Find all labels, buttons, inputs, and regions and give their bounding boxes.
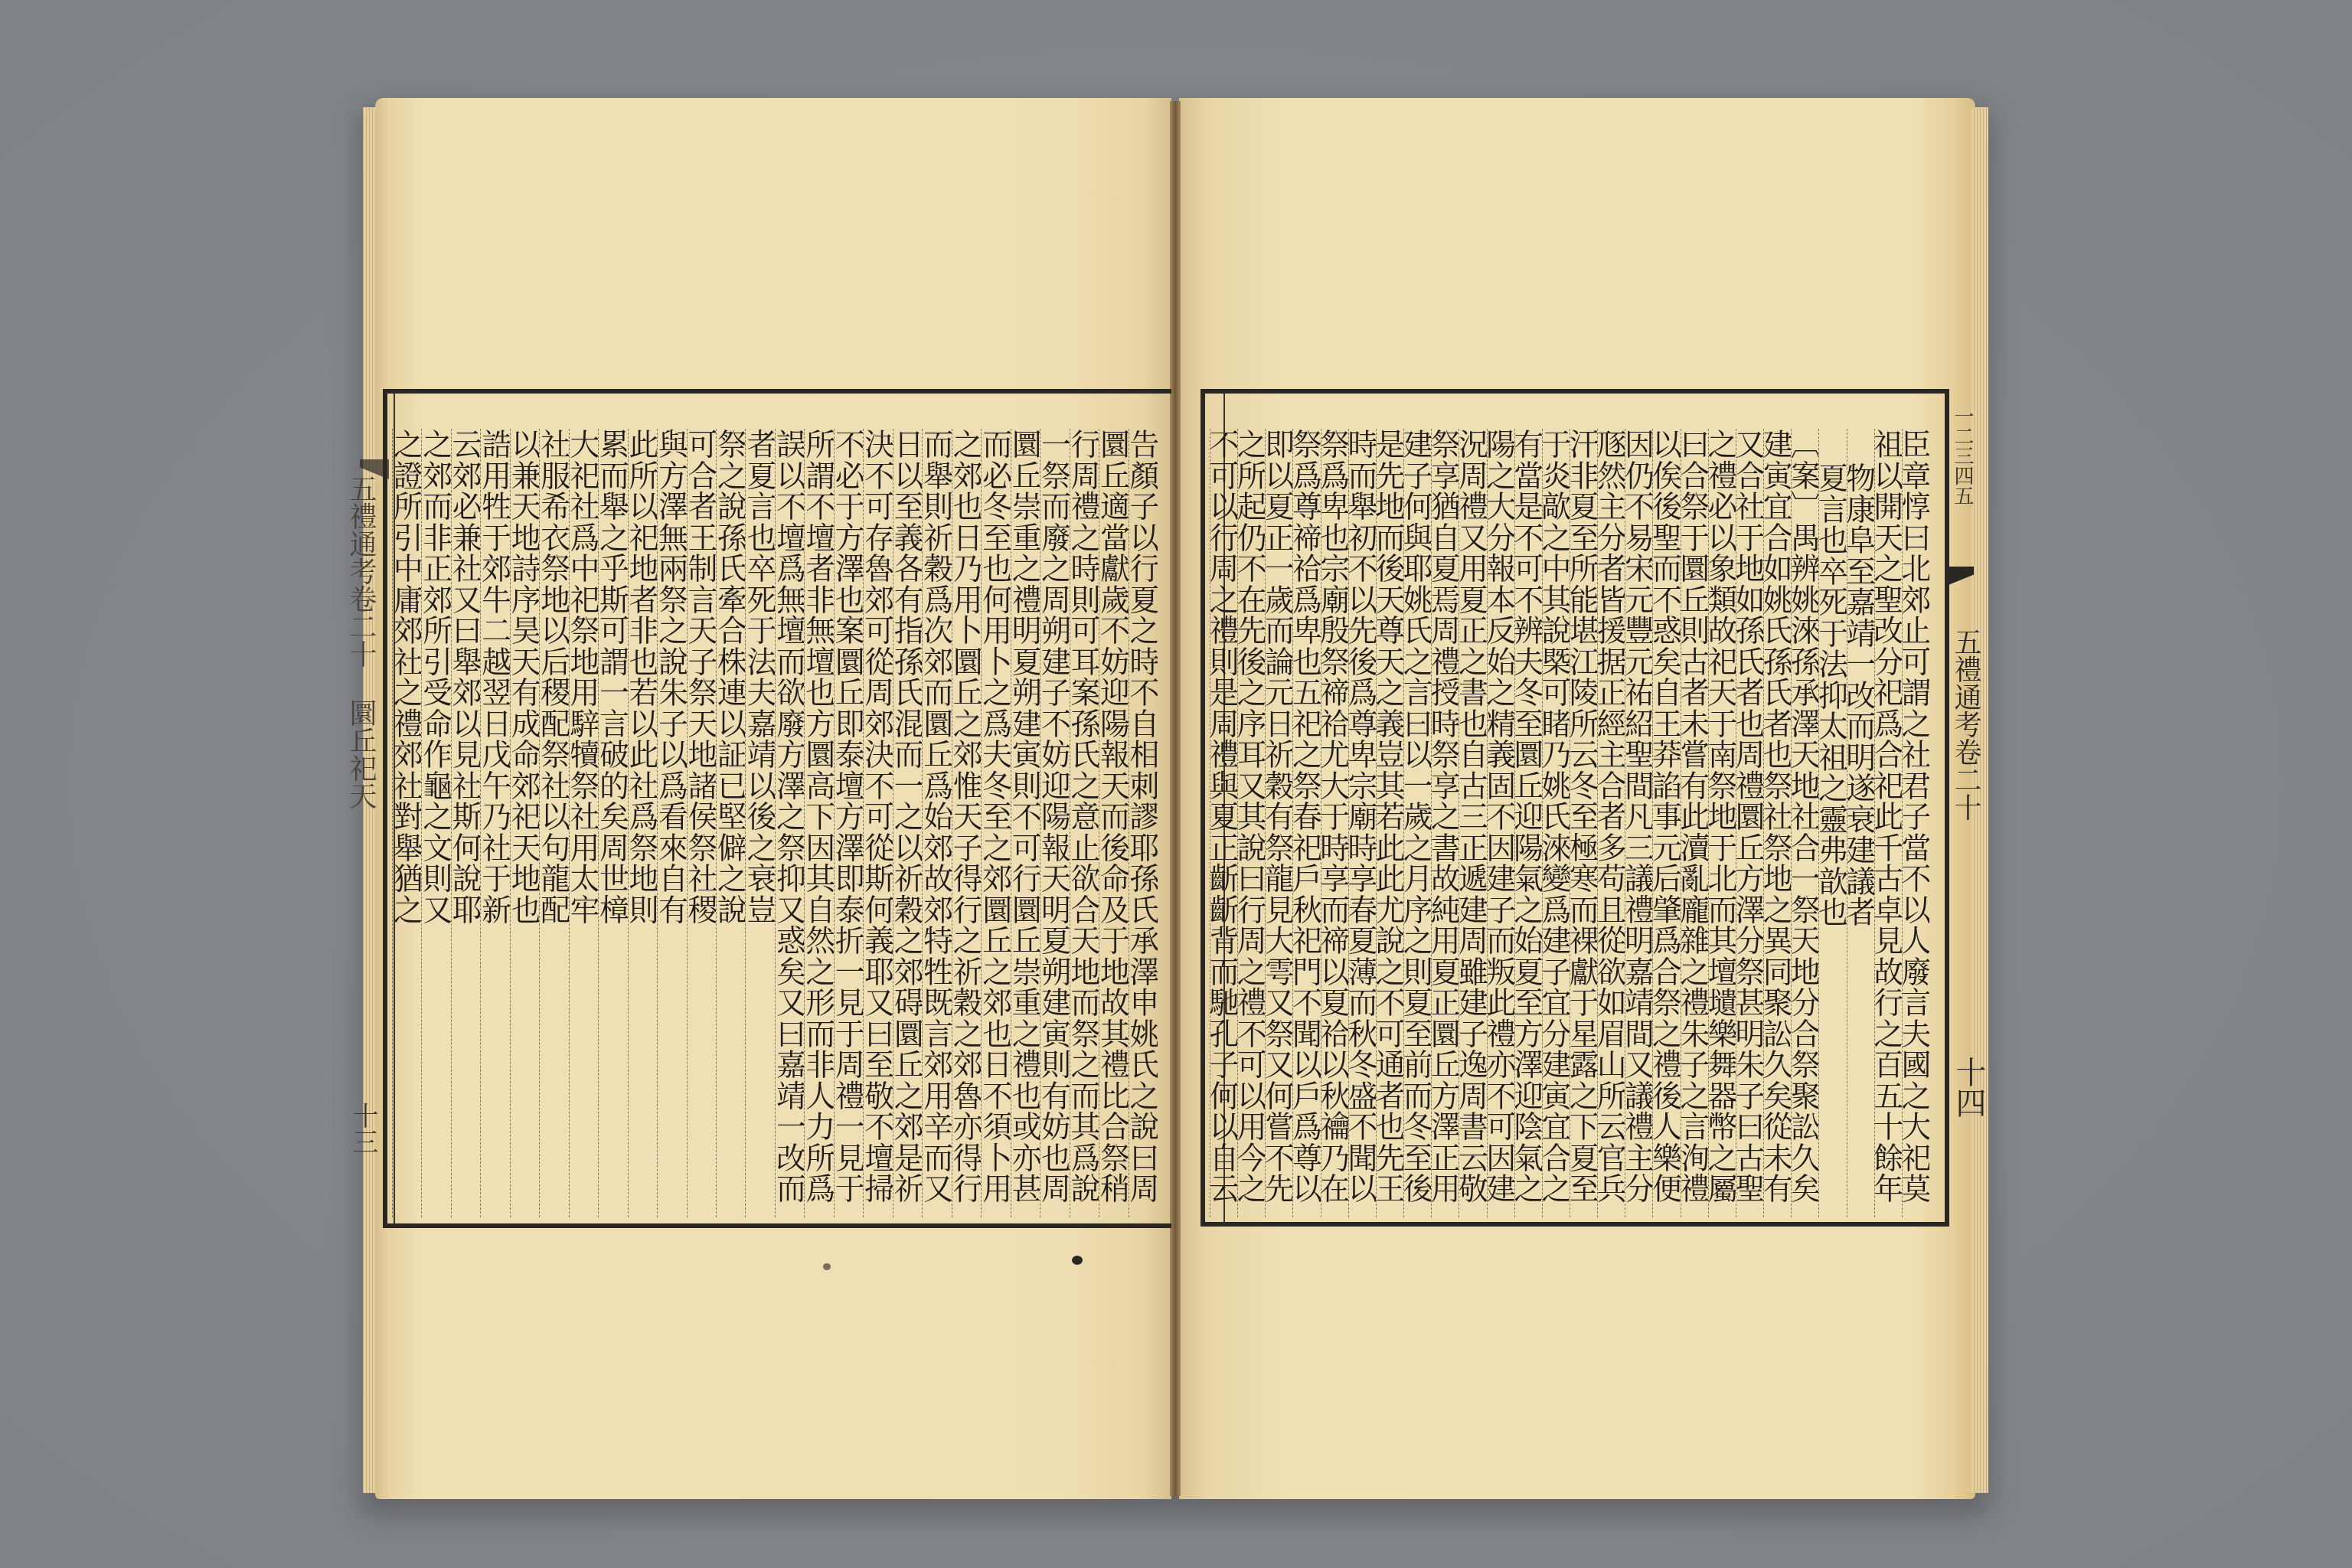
text-column: 建寅宜合如姚氏孫氏者也祭社祭地之異同聚訟久矣從未有既合地于天 bbox=[1763, 429, 1791, 1217]
text-column: 圜丘適當獻歲不妨迎陽報天而後命及于地故其禮比合祭稍加崇重上惟 bbox=[1099, 429, 1128, 1217]
text-column: 圜丘崇重之禮明夏朔建寅則不可行圜丘崇重之禮也或亦甚矣又曰使祭 bbox=[1011, 429, 1040, 1217]
text-column: 時而舉初不以先後爲尊卑宗廟時享春夏薄而秋冬盛不聞以薄祭爲尊盛 bbox=[1348, 429, 1376, 1217]
text-column: 日以至義各有指孫氏混而一之以祈穀之郊碍圜丘之郊是祈祭可存正祭 bbox=[893, 429, 922, 1217]
text-column: 與方澤無兩祭之說朱子以爲看來自有 bbox=[657, 429, 686, 1217]
text-column: 之禮必以象類故祀天于南祭地于北而其壇壝樂舞器幣之屬亦各不同若 bbox=[1708, 429, 1736, 1217]
text-column: 于炎歊之中其說槩可睹乃姚氏淶變爲建子宜分建寅宜合之說後人疑其 bbox=[1542, 429, 1570, 1217]
text-column: 夏言也卒死于法抑太祖之靈弗歆也 bbox=[1818, 429, 1846, 1217]
right-page-number: 十四 bbox=[1954, 1057, 1983, 1118]
text-column: 所謂不壇者非無壇也方圜高下因其自然之形而非人力所爲故曰不壇今 bbox=[804, 429, 833, 1217]
text-column: 不必于方澤也案圜丘即泰壇方澤即泰折一見于周禮一見于祭法則禮器 bbox=[834, 429, 863, 1217]
text-column: 有當是不可不辨夫冬至圜丘迎陽氣之始夏至方澤迎陰氣之先此天地陰 bbox=[1514, 429, 1542, 1217]
text-column: 祭爲尊禘祫爲卑也五祀之祭春祀戶秋祀門不聞以戶爲尊以門爲卑也且 bbox=[1292, 429, 1320, 1217]
right-page-text-columns: 臣章惇曰北郊止可謂之社君子當不以人廢言夫國之大祀莫過于郊明太祖以開天之聖改分祀爲… bbox=[1210, 429, 1929, 1217]
text-column: 大祀社爲中祀祭地用騂犢祭社用太牢 bbox=[569, 429, 598, 1217]
text-column: 之郊而非正郊所引受命作龜之文則又 bbox=[421, 429, 450, 1217]
text-column: 又合社于地如孫氏者也周禮圜丘方澤分祭甚明朱子曰古聖王制爲祭祀 bbox=[1736, 429, 1763, 1217]
text-column: 豗然主分者皆援据正經主合者多苟且從欲如眉山所云官兵暴露人馬喘 bbox=[1597, 429, 1625, 1217]
text-column: 因仍不易宋元豐元祐紹聖間凡三議禮明嘉靖間又議禮主分主合紛拏喧 bbox=[1625, 429, 1652, 1217]
text-column: 以兼天地詩序昊天有成命郊祀天地也 bbox=[510, 429, 539, 1217]
text-column: 之郊也日乃用卜圜丘之郊惟天子得行之祈穀之郊魯亦得行之兩郊牽連 bbox=[952, 429, 981, 1217]
text-column: 陽之大分報本反始之精義固不因建子而叛此禮亦不可因建寅而廢此禮 bbox=[1487, 429, 1514, 1217]
text-column: 此所以祀地者非也若以此社爲祭地則 bbox=[628, 429, 657, 1217]
text-column: 曰合祭于圜丘則古者未嘗有此瀆亂龐雜之禮朱子之言洵禮家之折衷可 bbox=[1681, 429, 1708, 1217]
text-column: 臣章惇曰北郊止可謂之社君子當不以人廢言夫國之大祀莫過于郊明太 bbox=[1902, 429, 1929, 1217]
text-column: 祭之說孫氏牽合株連以証已堅僻之說 bbox=[716, 429, 745, 1217]
text-column: 決不可存魯郊可從周郊決不可從斯何義耶又曰至敬不壇掃地而祭則又 bbox=[863, 429, 892, 1217]
book-gutter bbox=[1170, 101, 1181, 1496]
text-column: 物康阜至嘉靖一改而明遂衰建議者 bbox=[1847, 429, 1874, 1217]
text-column: 誤以不壇爲無壇而欲廢方澤之祭抑又惑矣又曰嘉靖一改而明遂衰建議 bbox=[775, 429, 804, 1217]
text-column: 祭爲卑也宗廟殷祭禘祫尤大于時享而禘以夏祫以秋禴乃在春不聞以禴 bbox=[1321, 429, 1348, 1217]
text-column: 者夏言也卒死于法夫嘉靖以後之衰豈 bbox=[745, 429, 774, 1217]
text-column: 誥用牲于郊牛二越翌日戊午乃社于新 bbox=[480, 429, 509, 1217]
text-column: 建子何與耶姚氏之言曰以一歲之月序之則夏至前而冬至後苟夏至祭地 bbox=[1403, 429, 1431, 1217]
text-column: 以俟後聖而不惑矣自王莽諂事元后肇爲合祭之禮後人樂便安憚勞費遂 bbox=[1652, 429, 1680, 1217]
text-column: 即以夏正一歲而論元日祈穀有祭龍見大雩又祭又何嘗不先天後地特義 bbox=[1265, 429, 1292, 1217]
text-column: 社服希衣祭地以后稷配祭社以句龍配 bbox=[539, 429, 568, 1217]
text-column: 而舉則祈穀爲次郊而圜丘爲始郊故郊特牲既言郊用辛而又曰周之始郊 bbox=[922, 429, 951, 1217]
text-column: 而必冬至也何用卜之爲夫冬至之郊圜丘之郊也日不須卜用辛之郊祈穀 bbox=[981, 429, 1010, 1217]
ink-spot bbox=[1072, 1256, 1083, 1265]
left-page-number: 十三 bbox=[348, 1102, 377, 1155]
text-column: 云郊必兼社又曰舉郊以見社斯何說耶 bbox=[451, 429, 480, 1217]
text-column: 祖以開天之聖改分祀爲合祀此千古卓見故行之百五十餘年風雨調順民 bbox=[1874, 429, 1902, 1217]
text-column: 不可以行周之禮則是周禮與夏正齗齗背而馳孔子何以自云吾從周而又 bbox=[1210, 429, 1237, 1217]
right-banxin-top-mark: 一二三四五 bbox=[1948, 406, 1977, 505]
right-banxin-title: 五禮通考卷二十 bbox=[1951, 628, 1980, 821]
text-column: 況周禮又用夏正之書也自古三正遞建周雖建子逸周書云敬授民時巡狩 bbox=[1459, 429, 1486, 1217]
left-banxin-title: 五禮通考卷二十 圜丘祀天 bbox=[346, 475, 375, 809]
text-column: 累而舉之乎斯可謂一言破的矣周世樟 bbox=[598, 429, 627, 1217]
text-column: 告顏子以行夏之時不自相刺謬耶孫氏承澤申姚氏之說曰周朔建子冬至 bbox=[1129, 429, 1158, 1217]
text-column: 〔案〕禺辨姚淶孫承澤天地社合一祭天地分合祭聚訟久矣從未有建子宜分 bbox=[1791, 429, 1818, 1217]
text-column: 之證所引中庸郊社之禮郊社對舉猶之 bbox=[392, 429, 421, 1217]
ink-spot bbox=[823, 1263, 831, 1270]
text-column: 一祭而廢之周朔建子不妨迎陽報天明夏朔建寅則有妨也周朔建子可行 bbox=[1040, 429, 1069, 1217]
text-column: 可合者王制言天子祭天地諸侯祭社稷 bbox=[687, 429, 716, 1217]
left-page-text-columns: 告顏子以行夏之時不自相刺謬耶孫氏承澤申姚氏之說曰周朔建子冬至圜丘適當獻歲不妨迎陽… bbox=[392, 429, 1158, 1217]
text-column: 行周禮之時則可耳案孫氏之意止欲合天地而祭之而其爲說直欲舉圜丘 bbox=[1070, 429, 1099, 1217]
text-column: 汗非夏至所能堪江陵所云冬至極寒而裸獻于星露之下夏至盛暑而駿奔 bbox=[1570, 429, 1597, 1217]
text-column: 之所起仍不在先後之序耳又其說曰行周之禮不可以用今之時用今之時 bbox=[1237, 429, 1265, 1217]
text-column: 是先地而後天尊天之義豈其若此此尤說之不可通者也先王之制祭祀因 bbox=[1376, 429, 1403, 1217]
text-column: 祭享猶自夏焉周禮授時祭享之書故純用夏正圜丘方澤正用夏正之事于 bbox=[1431, 429, 1459, 1217]
